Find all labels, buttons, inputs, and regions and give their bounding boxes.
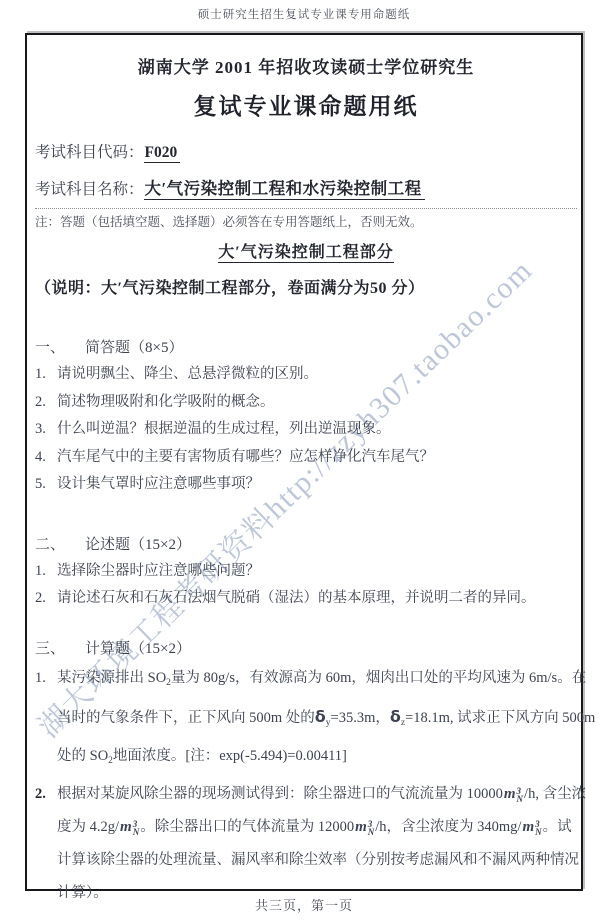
subject-name-value: 大′气污染控制工程和水污染控制工程: [144, 179, 425, 200]
section-3-header: 三、 计算题（15×2）: [35, 639, 577, 659]
section-1-header: 一、 简答题（8×5）: [35, 338, 577, 358]
question-item: 2. 简述物理吸附和化学吸附的概念。: [35, 389, 577, 417]
exam-subtitle: 复试专业课命题用纸: [35, 92, 577, 122]
question-item: 1. 请说明飘尘、降尘、总悬浮微粒的区别。: [35, 361, 577, 389]
subject-code-value: F020: [144, 144, 181, 163]
page-header-label: 硕士研究生招生复试专业课专用命题纸: [0, 6, 608, 22]
section-2-number: 二、: [35, 535, 85, 555]
calc-question-1: 1. 某污染源排出 SO2量为 80g/s，有效源高为 60m，烟肉出口处的平均…: [35, 662, 577, 778]
rich-line: 某污染源排出 SO2量为 80g/s，有效源高为 60m，烟肉出口处的平均风速为…: [57, 662, 595, 700]
part-instruction: （说明：大′气污染控制工程部分，卷面满分为50 分）: [35, 278, 577, 300]
rich-line: 处的 SO2地面浓度。[注：exp(-5.494)=0.00411]: [57, 740, 595, 778]
rich-line: 当时的气象条件下，正下风向 500m 处的δy=35.3m，δz=18.1m, …: [57, 700, 595, 740]
page-footer: 共三页，第一页: [0, 895, 608, 914]
question-item: 4. 汽车尾气中的主要有害物质有哪些？应怎样净化汽车尾气？: [35, 444, 577, 472]
question-item: 2. 请论述石灰和石灰石法烟气脱硝（湿法）的基本原理，并说明二者的异同。: [35, 585, 577, 613]
section-1-list: 1. 请说明飘尘、降尘、总悬浮微粒的区别。 2. 简述物理吸附和化学吸附的概念。…: [35, 361, 577, 499]
question-item: 3. 什么叫逆温？根据逆温的生成过程，列出逆温现象。: [35, 416, 577, 444]
calc-question-2: 2. 根据对某旋风除尘器的现场测试得到：除尘器进口的气流流量为 10000m3N…: [35, 778, 577, 910]
exam-title: 湖南大学 2001 年招收攻读硕士学位研究生: [35, 55, 577, 81]
section-2-list: 1. 选择除尘器时应注意哪些问题？ 2. 请论述石灰和石灰石法烟气脱硝（湿法）的…: [35, 558, 577, 613]
question-item: 5. 设计集气罩时应注意哪些事项？: [35, 471, 577, 499]
subject-code-label: 考试科目代码：: [35, 144, 144, 161]
calc-question-2-number: 2.: [35, 778, 57, 910]
section-3-title: 计算题（15×2）: [85, 639, 191, 659]
answer-note: 注：答题（包括填空题、选择题）必须答在专用答题纸上，否则无效。: [35, 214, 577, 231]
exam-sheet-border: 湖南大学 2001 年招收攻读硕士学位研究生 复试专业课命题用纸 考试科目代码：…: [25, 33, 583, 891]
subject-name-row: 考试科目名称：大′气污染控制工程和水污染控制工程: [35, 176, 577, 203]
dashed-divider: [35, 208, 577, 209]
section-2-title: 论述题（15×2）: [85, 535, 191, 555]
rich-line: 根据对某旋风除尘器的现场测试得到：除尘器进口的气流流量为 10000m3N/h,…: [57, 778, 586, 811]
section-1-title: 简答题（8×5）: [85, 338, 183, 358]
rich-line: 计算该除尘器的处理流量、漏风率和除尘效率（分别按考虑漏风和不漏风两种情况: [57, 844, 586, 877]
calc-question-1-number: 1.: [35, 662, 57, 778]
rich-line: 度为 4.2g/m3N。除尘器出口的气体流量为 12000m3N/h，含尘浓度为…: [57, 811, 586, 844]
section-3-number: 三、: [35, 639, 85, 659]
subject-code-row: 考试科目代码：F020: [35, 142, 577, 164]
section-2-header: 二、 论述题（15×2）: [35, 535, 577, 555]
part-title-text: 大′气污染控制工程部分: [218, 244, 394, 263]
subject-name-label: 考试科目名称：: [35, 181, 144, 198]
question-item: 1. 选择除尘器时应注意哪些问题？: [35, 558, 577, 586]
calc-question-2-lines: 根据对某旋风除尘器的现场测试得到：除尘器进口的气流流量为 10000m3N/h,…: [57, 778, 586, 910]
part-title: 大′气污染控制工程部分: [35, 242, 577, 264]
section-1-number: 一、: [35, 338, 85, 358]
calc-question-1-lines: 某污染源排出 SO2量为 80g/s，有效源高为 60m，烟肉出口处的平均风速为…: [57, 662, 595, 778]
